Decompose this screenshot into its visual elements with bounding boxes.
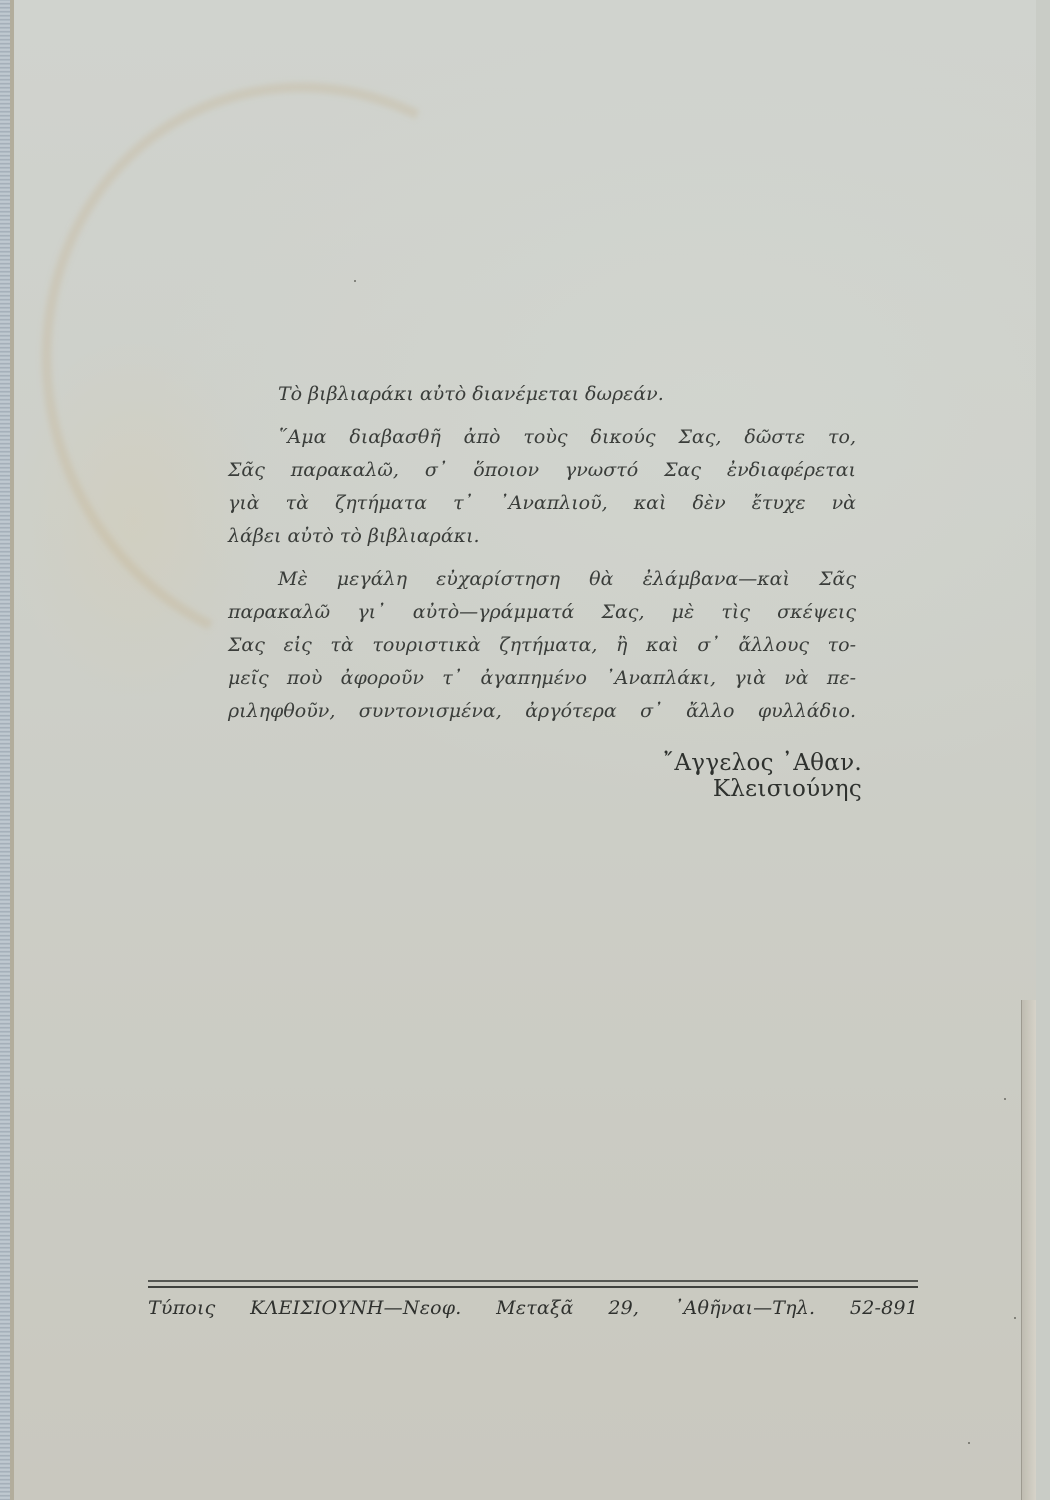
text-line: Μὲ μεγάλη εὐχαρίστηση θὰ ἐλάμβανα—καὶ Σᾶ…: [228, 563, 856, 596]
text-line: ῞Αμα διαβασθῆ ἀπὸ τοὺς δικούς Σας, δῶστε…: [228, 421, 856, 454]
notice-text: Τὸ βιβλιαράκι αὐτὸ διανέμεται δωρεάν. ῞Α…: [228, 378, 856, 728]
paragraph-request-letters: Μὲ μεγάλη εὐχαρίστηση θὰ ἐλάμβανα—καὶ Σᾶ…: [228, 563, 856, 728]
text-line: γιὰ τὰ ζητήματα τ᾽ ᾽Αναπλιοῦ, καὶ δὲν ἔτ…: [228, 487, 856, 520]
paragraph-pass-along: ῞Αμα διαβασθῆ ἀπὸ τοὺς δικούς Σας, δῶστε…: [228, 421, 856, 553]
footer-rule-bottom: [148, 1286, 918, 1288]
printer-imprint: Τύποις ΚΛΕΙΣΙΟΥΝΗ—Νεοφ. Μεταξᾶ 29, ᾽Αθῆν…: [148, 1297, 918, 1319]
paper-speck: [1004, 1098, 1006, 1100]
text-line: Σᾶς παρακαλῶ, σ᾽ ὅποιον γνωστό Σας ἐνδια…: [228, 454, 856, 487]
text-line: λάβει αὐτὸ τὸ βιβλιαράκι.: [228, 520, 856, 553]
text-line: παρακαλῶ γι᾽ αὐτὸ—γράμματά Σας, μὲ τὶς σ…: [228, 596, 856, 629]
page-edge: [1021, 1000, 1036, 1500]
paper-speck: [354, 280, 356, 282]
text-line: μεῖς ποὺ ἀφοροῦν τ᾽ ἀγαπημένο ᾽Αναπλάκι,…: [228, 662, 856, 695]
paper-speck: [1014, 1317, 1016, 1319]
text-line: Σας εἰς τὰ τουριστικὰ ζητήματα, ἢ καὶ σ᾽…: [228, 629, 856, 662]
footer-rule-top: [148, 1280, 918, 1282]
paragraph-free-distribution: Τὸ βιβλιαράκι αὐτὸ διανέμεται δωρεάν.: [228, 378, 856, 411]
binding-edge: [0, 0, 10, 1500]
text-line: ριληφθοῦν, συντονισμένα, ἀργότερα σ᾽ ἄλλ…: [228, 695, 856, 728]
text-line: Τὸ βιβλιαράκι αὐτὸ διανέμεται δωρεάν.: [228, 378, 856, 411]
author-signature: ῎Αγγελος ᾽Αθαν. Κλεισιούνης: [522, 750, 862, 802]
paper-speck: [968, 1442, 970, 1444]
